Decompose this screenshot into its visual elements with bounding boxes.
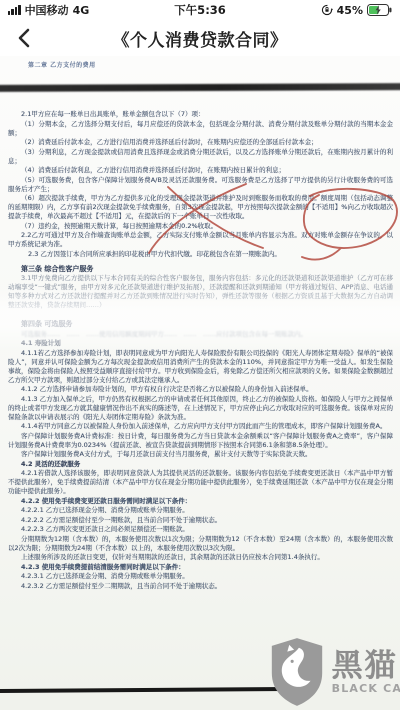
doc-paragraph: 4.2 灵活的还款服务 (8, 460, 393, 469)
doc-paragraph: 2.2乙方可通过甲方及合作端查询账单总金额，乙方实际支付账单金额以当月账单内容显… (8, 231, 393, 249)
battery-charging-icon (367, 4, 392, 16)
paper-edge-shadow-top (0, 83, 400, 92)
doc-paragraph: （4）消费延后付款利息，乙方进行信用消费并选择延后付款时，在账期内按日累计的利息… (8, 166, 393, 175)
watermark-en: BLACK CAT (332, 682, 400, 695)
page-title: 《个人消费贷款合同》 (113, 26, 288, 51)
doc-paragraph: （6）超次提款手续费，甲方为乙方提供多元化的受理现金提款渠道并维护及时到账服务而… (8, 194, 393, 221)
doc-paragraph: 客户保障计划服务费A计费标准：按日计费，每日服务费为乙方当日贷款本金余额乘以“客… (8, 432, 393, 450)
doc-paragraph: 4.2.1若借款人选择该服务，即表明同意贷款人为其提供灵活的还款服务。该服务内容… (8, 469, 393, 496)
shield-cat-icon (266, 636, 328, 708)
doc-paragraph: 4.1.4若甲方同意乙方以被保险人身份加入前述保单，乙方应向甲方支付甲方因此而产… (8, 422, 393, 431)
battery-percent: 45% (337, 4, 363, 17)
doc-paragraph: （2）消费延后付款本金，乙方进行信用消费并选择延后付款时，在账期内应偿还的全部延… (8, 138, 393, 147)
chapter-header: 第二章 乙方支付的费用 (28, 60, 96, 69)
nav-bar: 《个人消费贷款合同》 (0, 20, 400, 56)
status-bar: 中国移动 4G 下午5:36 45% (0, 0, 400, 20)
doc-paragraph: 4.2.3.1 乙方已选择现金分期、消费分期或账单分期服务。 (8, 572, 393, 581)
doc-paragraph: 可选服务…… …… ……使用信用额度期间甲方…… …… ……应付款项包含在每一期… (8, 330, 393, 339)
paper-edge-shadow-bottom (0, 687, 294, 693)
doc-paragraph: 客户保障计划服务费A支付方式，于每月还款日前支付当月服务费，累计支付天数等于实际… (8, 450, 393, 459)
doc-paragraph: 4.2.2.2 乙方需足额偿付至少一期账款，且当前合同不处于逾期状态。 (8, 516, 393, 525)
doc-paragraph: 3.1甲方免费向乙方提供以下与本合同有关的综合性客户服务包，服务内容包括：多元化… (8, 274, 393, 310)
doc-paragraph: 4.1.3 乙方加入保单之后，甲方仍然有权根据乙方的申请或者任何其他原因，终止乙… (8, 395, 393, 422)
black-cat-watermark: 黑猫 BLACK CAT (266, 636, 400, 708)
doc-paragraph: 4.2.2.1 乙方已选择现金分期、消费分期或账单分期服务。 (8, 506, 393, 515)
doc-paragraph: 4.1.1若乙方选择参加寿险计划，即表明同意成为甲方向阳光人寿保险股份有限公司投… (8, 349, 393, 385)
back-button[interactable] (10, 24, 38, 52)
doc-paragraph: 4.1 寿险计划 (8, 339, 393, 348)
doc-paragraph: 第四条 可选服务 (8, 320, 393, 329)
doc-paragraph: 4.2.3.2 乙方需足额偿付至少二期期款，且当前合同不处于逾期状态。 (8, 582, 393, 591)
doc-paragraph: 4.2.2.3 乙方两次变更还款日之间必须足额偿还一期账款。 (8, 525, 393, 534)
contract-photo[interactable]: 第二章 乙方支付的费用 2.1甲方应在每一账单日出具账单，账单金额包含以下（7）… (0, 56, 400, 710)
doc-paragraph: 4.1.2 乙方选择申请参加寿险计划的，甲方有权自行决定是否将乙方以被保险人的身… (8, 385, 393, 394)
chevron-left-icon (18, 28, 30, 48)
doc-paragraph: 2.1甲方应在每一账单日出具账单，账单金额包含以下（7）项： (8, 110, 393, 119)
doc-paragraph: 4.2.2 使用免手续费变更还款日服务需同时满足以下条件： (8, 497, 393, 506)
doc-paragraph: 上述服务所涉及的还款日变更，仅针对当期期款的还款日，其余期款的还款日仍应按本合同… (8, 553, 393, 562)
doc-paragraph: 2.3 乙方因签订本合同所应承担的印花税由甲方代扣代缴。印花税包含在第一期账款内… (8, 250, 393, 259)
screen: 中国移动 4G 下午5:36 45% 《个人 (0, 0, 400, 710)
doc-paragraph: 分期期数为12期（含本数）的，本服务使用次数以1次为限；分期期数为12（不含本数… (8, 535, 393, 553)
doc-paragraph: 第三条 综合性客户服务 (8, 265, 393, 274)
doc-paragraph: （5）可选服务费，包含客户保障计划服务费A/B及灵活还款服务费。可选服务费是乙方… (8, 176, 393, 194)
document-body: 2.1甲方应在每一账单日出具账单，账单金额包含以下（7）项：（1）分期本金，乙方… (8, 110, 393, 591)
watermark-cn: 黑猫 (332, 650, 398, 682)
doc-paragraph: （3）分期利息，乙方现金提款或信用消费且选择现金或消费分期还款后，以及乙方选择账… (8, 148, 393, 166)
rotation-lock-icon (321, 4, 333, 16)
doc-paragraph: （1）分期本金，乙方选择分期支付后，每月应偿还的贷款本金，包括现金分期付款、消费… (8, 120, 393, 138)
doc-paragraph: （7）违约金，按照逾期天数计算，每日按照逾期本金的0.2%收取。 (8, 222, 393, 231)
doc-paragraph: 4.2.3 使用免手续费提前结清服务需同时满足以下条件： (8, 563, 393, 572)
